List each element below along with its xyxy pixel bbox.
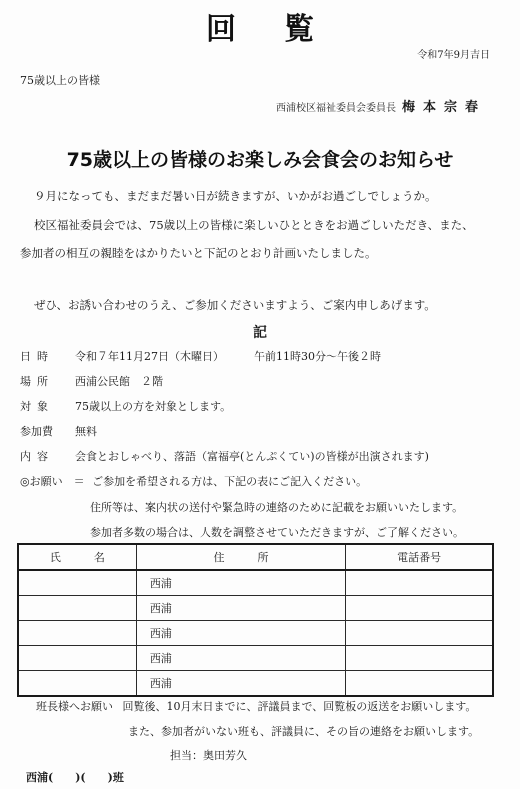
- request-text: ご参加を希望される方は、下記の表にご記入ください。: [92, 475, 367, 488]
- issue-date: 令和7年9月吉日: [417, 46, 490, 61]
- han-mid: )(: [75, 771, 85, 784]
- phone-cell[interactable]: [346, 596, 493, 621]
- name-cell[interactable]: [18, 596, 136, 621]
- address-cell[interactable]: 西浦: [136, 646, 345, 671]
- detail-datetime: 日時 令和７年11月27日（木曜日） 午前11時30分～午後２時: [20, 348, 381, 364]
- table-row: 西浦: [18, 671, 493, 697]
- paragraph-4: ぜひ、お誘い合わせのうえ、ご参加くださいますよう、ご案内申しあげます。: [34, 297, 436, 313]
- name-cell[interactable]: [18, 646, 136, 671]
- phone-cell[interactable]: [346, 646, 493, 671]
- address-cell[interactable]: 西浦: [136, 621, 345, 646]
- event-place: 西浦公民館 ２階: [75, 373, 163, 389]
- phone-cell[interactable]: [346, 671, 493, 697]
- detail-content: 内容 会食とおしゃべり、落語（富福亭(とんぷくてい)の皆様が出演されます): [20, 448, 429, 464]
- detail-label: 参加費: [20, 423, 72, 439]
- address-cell[interactable]: 西浦: [136, 596, 345, 621]
- request-label: ◎お願い ＝: [20, 475, 85, 488]
- footer-line-2: また、参加者がいない班も、評議員に、その旨の連絡をお願いします。: [128, 723, 479, 739]
- detail-label: 内容: [20, 448, 72, 464]
- detail-label: 日時: [20, 348, 72, 364]
- detail-fee: 参加費 無料: [20, 423, 97, 439]
- table-row: 西浦: [18, 596, 493, 621]
- detail-place: 場所 西浦公民館 ２階: [20, 373, 163, 389]
- table-header-row: 氏 名 住 所 電話番号: [18, 544, 493, 570]
- event-time: 午前11時30分～午後２時: [254, 348, 381, 364]
- document-title: 回覧: [0, 4, 520, 48]
- event-fee: 無料: [75, 423, 97, 439]
- contact-person: 担当：奥田芳久: [170, 747, 247, 763]
- registration-table: 氏 名 住 所 電話番号 西浦 西浦 西浦 西浦 西浦: [17, 543, 494, 697]
- name-cell[interactable]: [18, 570, 136, 596]
- phone-cell[interactable]: [346, 570, 493, 596]
- footer-line-1: 班長様へお願い 回覧後、10月末日までに、評議員まで、回覧板の返送をお願いします…: [36, 698, 476, 714]
- request-line-2: 住所等は、案内状の送付や緊急時の連絡のために記載をお願いいたします。: [90, 499, 463, 515]
- address-cell[interactable]: 西浦: [136, 671, 345, 697]
- name-cell[interactable]: [18, 671, 136, 697]
- paragraph-2: 校区福祉委員会では、75歳以上の皆様に楽しいひとときをお過ごしいただき、また、: [34, 217, 474, 233]
- ki-heading: 記: [0, 322, 520, 342]
- addressee: 75歳以上の皆様: [20, 72, 100, 88]
- header-phone: 電話番号: [346, 544, 493, 570]
- detail-target: 対象 75歳以上の方を対象とします。: [20, 398, 231, 414]
- detail-label: 場所: [20, 373, 72, 389]
- table-row: 西浦: [18, 570, 493, 596]
- paragraph-3: 参加者の相互の親睦をはかりたいと下記のとおり計画いたしました。: [20, 245, 377, 261]
- event-target: 75歳以上の方を対象とします。: [75, 398, 231, 414]
- paragraph-1: ９月になっても、まだまだ暑い日が続きますが、いかがお過ごしでしょうか。: [34, 188, 437, 204]
- detail-label: 対象: [20, 398, 72, 414]
- footer-text: 回覧後、10月末日までに、評議員まで、回覧板の返送をお願いします。: [123, 700, 477, 713]
- request-line-3: 参加者多数の場合は、人数を調整させていただきますが、ご了解ください。: [90, 524, 464, 540]
- table-row: 西浦: [18, 646, 493, 671]
- event-date: 令和７年11月27日（木曜日）: [75, 348, 224, 364]
- sender-name: 梅本宗春: [402, 100, 486, 115]
- sender: 西浦校区福祉委員会委員長梅本宗春: [276, 96, 486, 115]
- han-field: 西浦()()班: [26, 769, 124, 785]
- han-prefix: 西浦(: [26, 771, 53, 784]
- han-suffix: )班: [108, 771, 124, 784]
- table-row: 西浦: [18, 621, 493, 646]
- phone-cell[interactable]: [346, 621, 493, 646]
- address-cell[interactable]: 西浦: [136, 570, 345, 596]
- name-cell[interactable]: [18, 621, 136, 646]
- event-content: 会食とおしゃべり、落語（富福亭(とんぷくてい)の皆様が出演されます): [75, 448, 429, 464]
- request-line-1: ◎お願い ＝ ご参加を希望される方は、下記の表にご記入ください。: [20, 473, 367, 489]
- header-name: 氏 名: [18, 544, 136, 570]
- headline: 75歳以上の皆様のお楽しみ会食会のお知らせ: [0, 145, 520, 172]
- sender-org: 西浦校区福祉委員会委員長: [276, 103, 396, 114]
- header-address: 住 所: [136, 544, 345, 570]
- footer-label: 班長様へお願い: [36, 700, 113, 713]
